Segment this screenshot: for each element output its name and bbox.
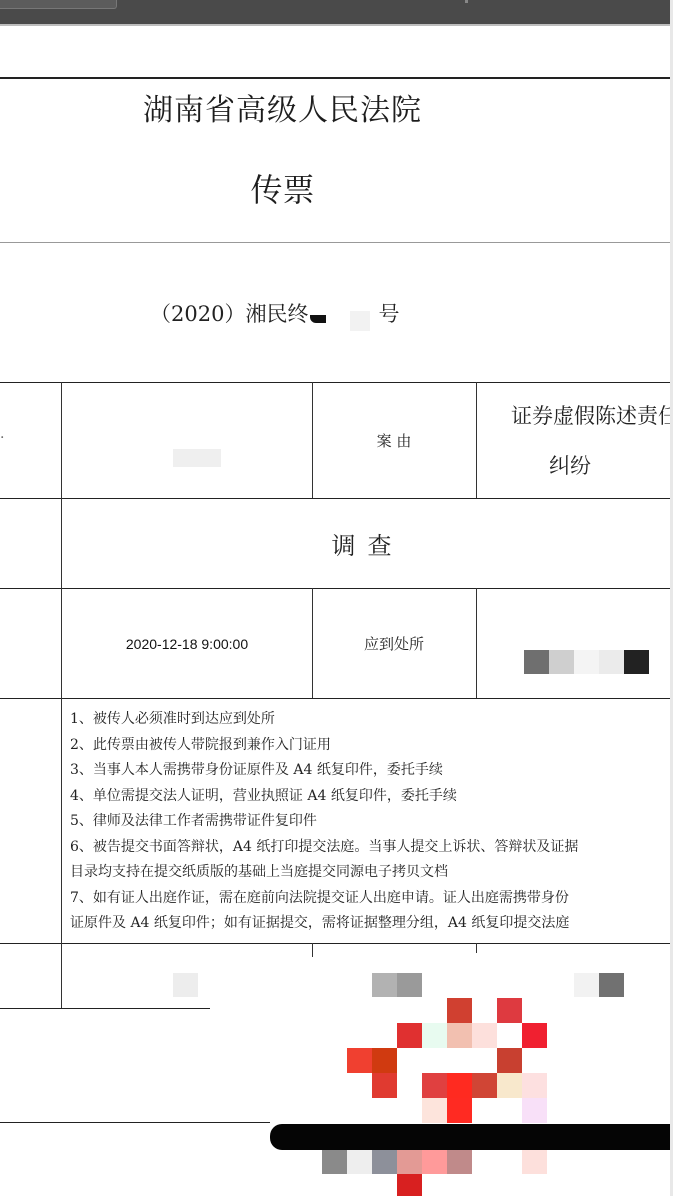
case-number-suffix: 号 (378, 302, 399, 326)
col-divider-2c (312, 943, 313, 957)
notes-list: 1、被传人必须准时到达应到处所 2、此传票由被传人带院报到兼作入门证用 3、当事… (70, 707, 673, 937)
reason-value: 调查 (62, 499, 673, 588)
case-number: （2020）湘民终号 (150, 298, 399, 331)
document-type: 传票 (0, 165, 565, 211)
redacted-number-2 (350, 311, 370, 331)
note-item: 目录均支持在提交纸质版的基础上当庭提交同源电子拷贝文档 (70, 860, 673, 886)
cause-value-line1: 证券虚假陈述责任 (511, 391, 673, 441)
note-item: 2、此传票由被传人带院报到兼作入门证用 (70, 733, 673, 759)
court-name: 湖南省高级人民法院 (0, 85, 565, 129)
place-label: 应到处所 (312, 589, 476, 698)
redacted-number (310, 315, 326, 323)
viewer-tab[interactable] (0, 0, 117, 9)
table-bottom-rule (0, 1008, 210, 1009)
note-item: 证原件及 A4 纸复印件；如有证据提交，需将证据整理分组，A4 纸复印提交法庭 (70, 911, 673, 937)
redacted-party (173, 449, 221, 467)
cause-value: 证券虚假陈述责任 纠纷 (477, 383, 673, 498)
viewer-top-bar (0, 0, 673, 26)
header-rule (0, 77, 673, 79)
note-item: 6、被告提交书面答辩状，A4 纸打印提交法庭。当事人提交上诉状、答辩状及证据 (70, 835, 673, 861)
datetime-value: 2020-12-18 9:00:00 (62, 589, 312, 698)
label-stub-1: · (0, 430, 4, 446)
table-rule-3 (0, 698, 673, 699)
note-item: 3、当事人本人需携带身份证原件及 A4 纸复印件，委托手续 (70, 758, 673, 784)
redaction-bar (270, 1124, 673, 1150)
note-item: 5、律师及法律工作者需携带证件复印件 (70, 809, 673, 835)
note-item: 1、被传人必须准时到达应到处所 (70, 707, 673, 733)
cause-label: 案 由 (312, 383, 476, 498)
handle-icon (465, 0, 468, 3)
page-bottom-rule (0, 1122, 270, 1123)
header-divider (0, 242, 673, 243)
col-divider-3c (476, 943, 477, 953)
note-item: 7、如有证人出庭作证，需在庭前向法院提交证人出庭申请。证人出庭需携带身份 (70, 886, 673, 912)
table-rule-4 (0, 943, 673, 944)
cause-value-line2: 纠纷 (549, 441, 591, 491)
note-item: 4、单位需提交法人证明，营业执照证 A4 纸复印件，委托手续 (70, 784, 673, 810)
col-divider-3b (476, 588, 477, 698)
case-number-prefix: （2020）湘民终 (150, 302, 308, 326)
